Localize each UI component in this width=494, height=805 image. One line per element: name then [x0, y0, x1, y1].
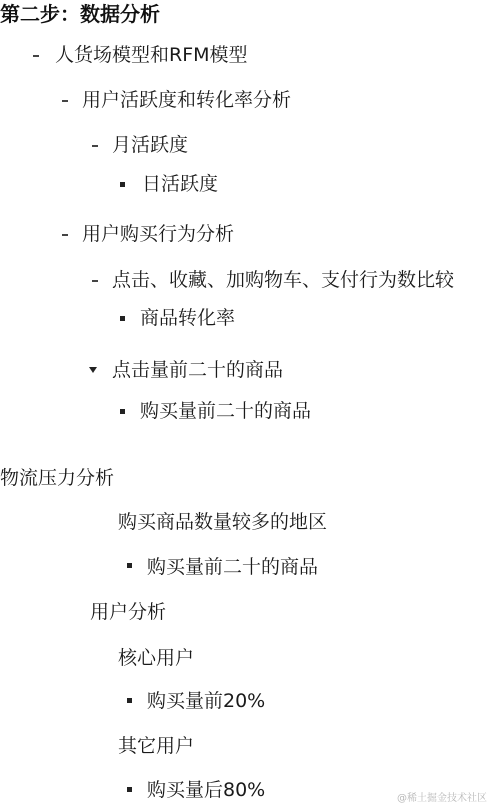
outline-item-product-conversion: 商品转化率 — [140, 306, 235, 330]
dash-bullet-icon — [33, 55, 39, 57]
outline-item-rfm-model: 人货场模型和RFM模型 — [55, 43, 248, 67]
outline-item-monthly-active: 月活跃度 — [112, 133, 188, 157]
outline-item-behavior-compare: 点击、收藏、加购物车、支付行为数比较 — [112, 268, 454, 292]
other-users-item: 购买量后80% — [147, 778, 265, 802]
outline-item-top-clicks: 点击量前二十的商品 — [112, 358, 283, 382]
dash-bullet-icon — [62, 100, 68, 102]
triangle-bullet-icon — [89, 367, 97, 373]
dash-bullet-icon — [92, 145, 98, 147]
page-title: 第二步：数据分析 — [0, 2, 160, 26]
square-bullet-icon — [127, 787, 132, 792]
square-bullet-icon — [120, 316, 125, 321]
user-analysis-heading: 用户分析 — [90, 600, 166, 624]
outline-item-purchase-behavior: 用户购买行为分析 — [82, 222, 234, 246]
core-users-item: 购买量前20% — [147, 689, 265, 713]
square-bullet-icon — [120, 409, 125, 414]
other-users-label: 其它用户 — [118, 734, 194, 758]
core-users-label: 核心用户 — [118, 646, 194, 670]
square-bullet-icon — [127, 698, 132, 703]
dash-bullet-icon — [62, 234, 68, 236]
outline-item-daily-active: 日活跃度 — [142, 172, 218, 196]
dash-bullet-icon — [92, 280, 98, 282]
outline-item-top-purchases: 购买量前二十的商品 — [140, 399, 311, 423]
logistics-item: 购买量前二十的商品 — [147, 555, 318, 579]
square-bullet-icon — [120, 182, 125, 187]
logistics-subheading: 购买商品数量较多的地区 — [118, 510, 327, 534]
watermark: @稀土掘金技术社区 — [397, 789, 487, 804]
logistics-heading: 物流压力分析 — [0, 466, 114, 490]
square-bullet-icon — [127, 563, 132, 568]
outline-item-activity-conversion: 用户活跃度和转化率分析 — [82, 88, 291, 112]
